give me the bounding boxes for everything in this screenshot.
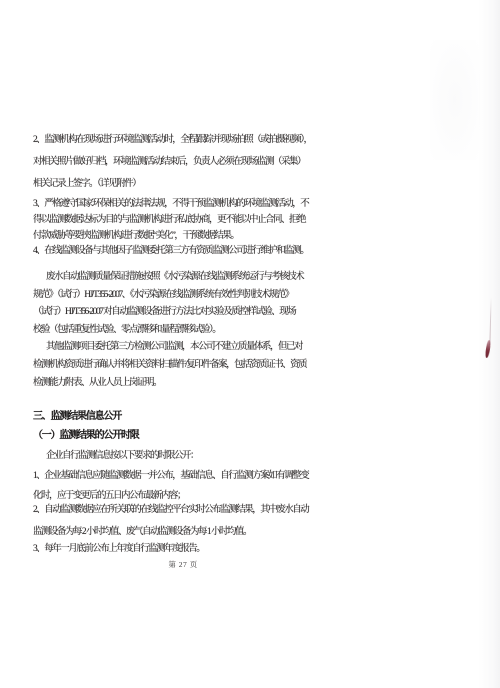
paragraph-disclosure-item3: 3、每年一月底前公布上年度自行监测年度报告。 — [33, 540, 204, 559]
doc-line: 检测能力附表、从业人员上岗证明。 — [33, 374, 306, 392]
doc-line: 企业自行监测信息按以下要求的时限公开： — [33, 447, 198, 466]
paragraph-site-monitoring: 2、监测机构在现场进行环境监测活动时，全程跟踪并现场拍照（或拍摄视频）， 对相关… — [33, 129, 312, 195]
doc-line: 2、监测机构在现场进行环境监测活动时，全程跟踪并现场拍照（或拍摄视频）， — [33, 129, 312, 151]
scan-smudge-artifact — [430, 40, 480, 160]
doc-line: 相关记录上签字。（详见附件） — [33, 173, 312, 195]
doc-line: 3、每年一月底前公布上年度自行监测年度报告。 — [33, 540, 204, 559]
sub-heading-text: （一）监测结果的公开时限 — [33, 426, 139, 445]
doc-line: 检测机构资质进行确认并将相关资料扫描件/复印件备案，包括资质证书、资质 — [33, 356, 306, 374]
doc-line: 其他监测项目委托第三方检测公司监测，本公司不建立质量体系，但已对 — [33, 338, 306, 356]
doc-line: 对相关照片做好归档，环境监测活动结束后，负责人必须在现场监测（采集） — [33, 151, 312, 173]
section-heading-three: 三、监测结果信息公开 — [33, 407, 121, 426]
sub-heading-disclosure-period: （一）监测结果的公开时限 — [33, 426, 139, 445]
doc-line: 1、企业基础信息应随监测数据一并公布，基础信息、自行监测方案如有调整变 — [33, 466, 308, 486]
paragraph-other-projects: 其他监测项目委托第三方检测公司监测，本公司不建立质量体系，但已对 检测机构资质进… — [33, 338, 306, 392]
paragraph-wastewater-qa: 废水自动监测质量保证措施:按照《水污染源在线监测系统运行与考核技术 规范》（试行… — [33, 269, 303, 339]
scanned-document-page: 2、监测机构在现场进行环境监测活动时，全程跟踪并现场拍照（或拍摄视频）， 对相关… — [0, 0, 500, 688]
paragraph-law-compliance: 3、严格遵守国家环保相关的法律法规，不得干预监测机构的环境监测活动，不 得以监测… — [33, 196, 308, 244]
doc-line: 得以监测数据达标为目的与监测机构进行私底协商，更不能以中止合同、拒绝 — [33, 212, 308, 228]
page-number: 第 27 页 — [33, 559, 333, 570]
doc-line: 校验（包括重复性试验、零点漂移和量程漂移试验）。 — [33, 322, 303, 340]
doc-line: 2、自动监测数据应在所关联的在线监控平台实时公布监测结果，其中废水自动 — [33, 500, 308, 522]
doc-line: 4、在线监测设备与其他因子监测委托第三方有资质监测公司进行维护和监测。 — [33, 243, 308, 259]
doc-line: 付款威胁等要挟监测机构进行数据“美化”，干预数据结果。 — [33, 228, 308, 244]
paragraph-disclosure-intro: 企业自行监测信息按以下要求的时限公开： — [33, 447, 198, 466]
doc-line: 规范》（试行）HJ/T355-2007、《水污染源在线监测系统有效性判别技术规范… — [33, 287, 303, 305]
doc-line: （试行）HJ/T356-2007 对自动监测设备进行方法比对实验及质控样试验、现… — [33, 304, 303, 322]
paragraph-disclosure-item2: 2、自动监测数据应在所关联的在线监控平台实时公布监测结果，其中废水自动 监测设备… — [33, 500, 308, 543]
paragraph-online-devices: 4、在线监测设备与其他因子监测委托第三方有资质监测公司进行维护和监测。 — [33, 243, 308, 259]
section-heading-text: 三、监测结果信息公开 — [33, 407, 121, 426]
red-pen-mark — [485, 340, 492, 358]
doc-line: 3、严格遵守国家环保相关的法律法规，不得干预监测机构的环境监测活动，不 — [33, 196, 308, 212]
document-body: 2、监测机构在现场进行环境监测活动时，全程跟踪并现场拍照（或拍摄视频）， 对相关… — [33, 0, 353, 688]
scan-scratch-line — [489, 297, 491, 345]
doc-line: 废水自动监测质量保证措施:按照《水污染源在线监测系统运行与考核技术 — [33, 269, 303, 287]
